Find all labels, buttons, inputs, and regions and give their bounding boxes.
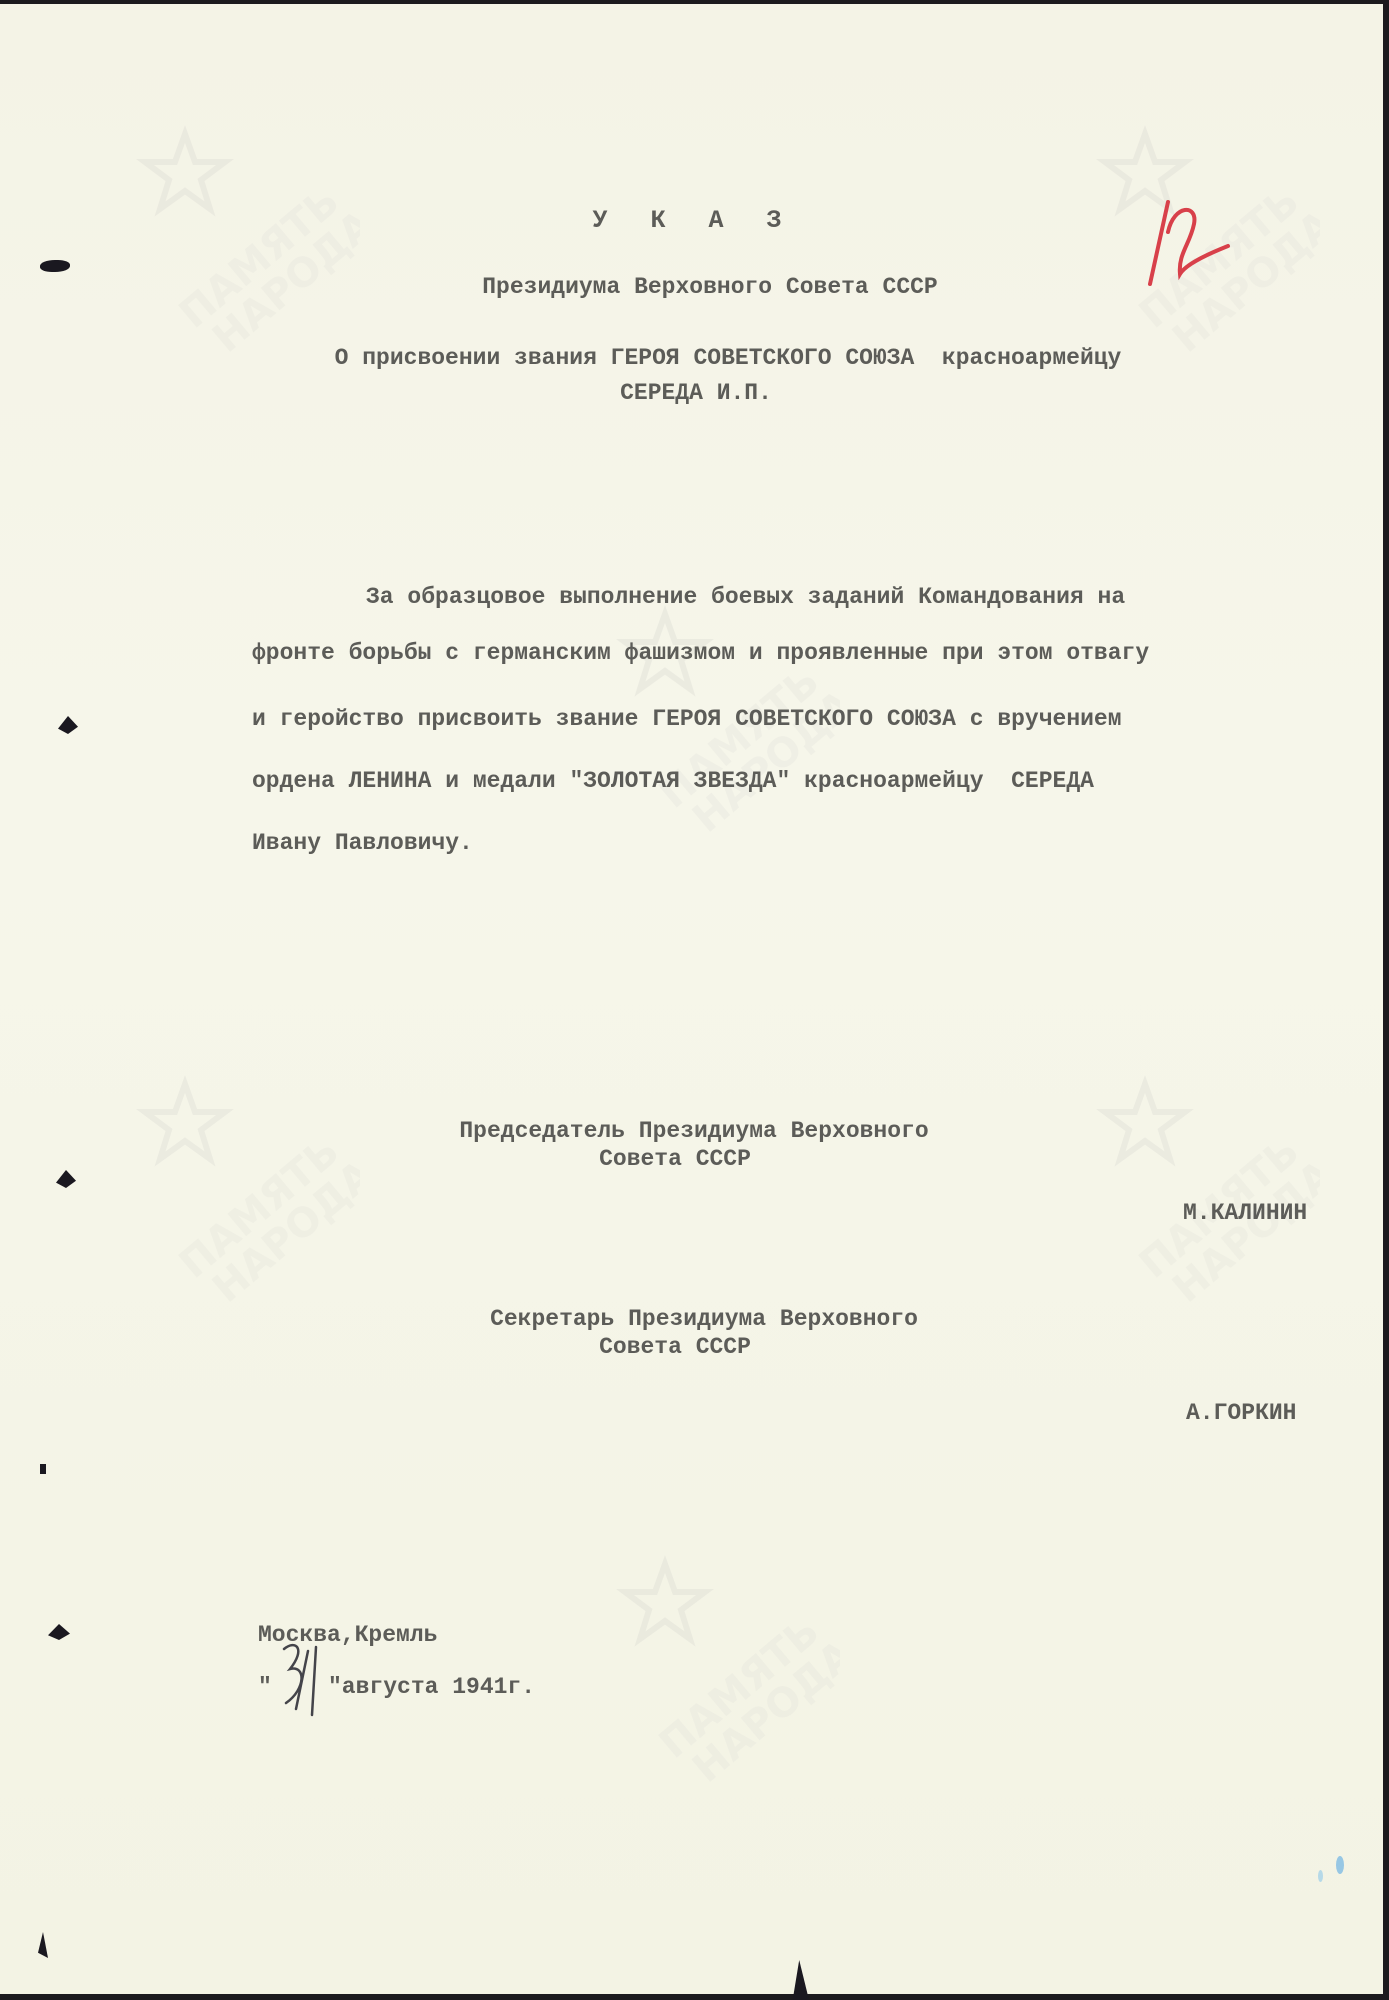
ink-stain <box>1318 1870 1323 1882</box>
svg-text:ПАМЯТЬ: ПАМЯТЬ <box>171 178 348 337</box>
signature-position: Совета СССР <box>599 1334 751 1360</box>
watermark-logo: ПАМЯТЬ НАРОДА <box>130 114 360 374</box>
binder-hole <box>40 1464 46 1474</box>
signature-position: Секретарь Президиума Верховного <box>490 1306 918 1332</box>
binder-hole <box>56 1170 76 1188</box>
body-line: За образцовое выполнение боевых заданий … <box>366 584 1125 610</box>
watermark-logo: ПАМЯТЬ НАРОДА <box>610 1544 840 1804</box>
ink-stain <box>1336 1856 1344 1874</box>
document-page: ПАМЯТЬ НАРОДА ПАМЯТЬ НАРОДА ПАМЯТЬ НАРОД… <box>0 4 1383 1994</box>
document-subject: О присвоении звания ГЕРОЯ СОВЕТСКОГО СОЮ… <box>335 345 1122 371</box>
star-icon <box>145 1084 225 1159</box>
watermark-logo: ПАМЯТЬ НАРОДА <box>130 1064 360 1324</box>
svg-text:ПАМЯТЬ: ПАМЯТЬ <box>171 1128 348 1287</box>
body-line: и геройство присвоить звание ГЕРОЯ СОВЕТ… <box>252 706 1122 732</box>
date-open-quote: " <box>258 1674 272 1700</box>
signature-name: М.КАЛИНИН <box>1183 1200 1307 1226</box>
svg-text:ПАМЯТЬ: ПАМЯТЬ <box>651 1608 828 1767</box>
star-icon <box>625 1564 705 1639</box>
body-line: фронте борьбы с германским фашизмом и пр… <box>252 640 1149 666</box>
binder-hole <box>40 260 70 272</box>
star-icon <box>145 134 225 209</box>
document-subject-name: СЕРЕДА И.П. <box>620 380 772 406</box>
handwritten-page-number <box>1128 194 1238 294</box>
binder-hole <box>58 716 78 734</box>
handwritten-date-day <box>276 1639 328 1717</box>
svg-text:НАРОДА: НАРОДА <box>204 202 360 362</box>
svg-text:НАРОДА: НАРОДА <box>204 1152 360 1312</box>
body-line: Ивану Павловичу. <box>252 830 473 856</box>
binder-hole <box>48 1624 70 1640</box>
svg-text:НАРОДА: НАРОДА <box>1164 1152 1320 1312</box>
binder-hole <box>38 1932 48 1958</box>
date-text: "августа 1941г. <box>328 1674 535 1700</box>
signature-position: Председатель Президиума Верховного <box>459 1118 928 1144</box>
body-line: ордена ЛЕНИНА и медали "ЗОЛОТАЯ ЗВЕЗДА" … <box>252 768 1094 794</box>
binder-hole <box>792 1960 810 2000</box>
star-icon <box>1105 1084 1185 1159</box>
watermark-logo: ПАМЯТЬ НАРОДА <box>1090 1064 1320 1324</box>
document-issuer: Президиума Верховного Совета СССР <box>482 274 937 300</box>
svg-text:НАРОДА: НАРОДА <box>684 1632 840 1792</box>
document-title: У К А З <box>592 206 795 235</box>
signature-position: Совета СССР <box>599 1146 751 1172</box>
signature-name: А.ГОРКИН <box>1186 1400 1296 1426</box>
